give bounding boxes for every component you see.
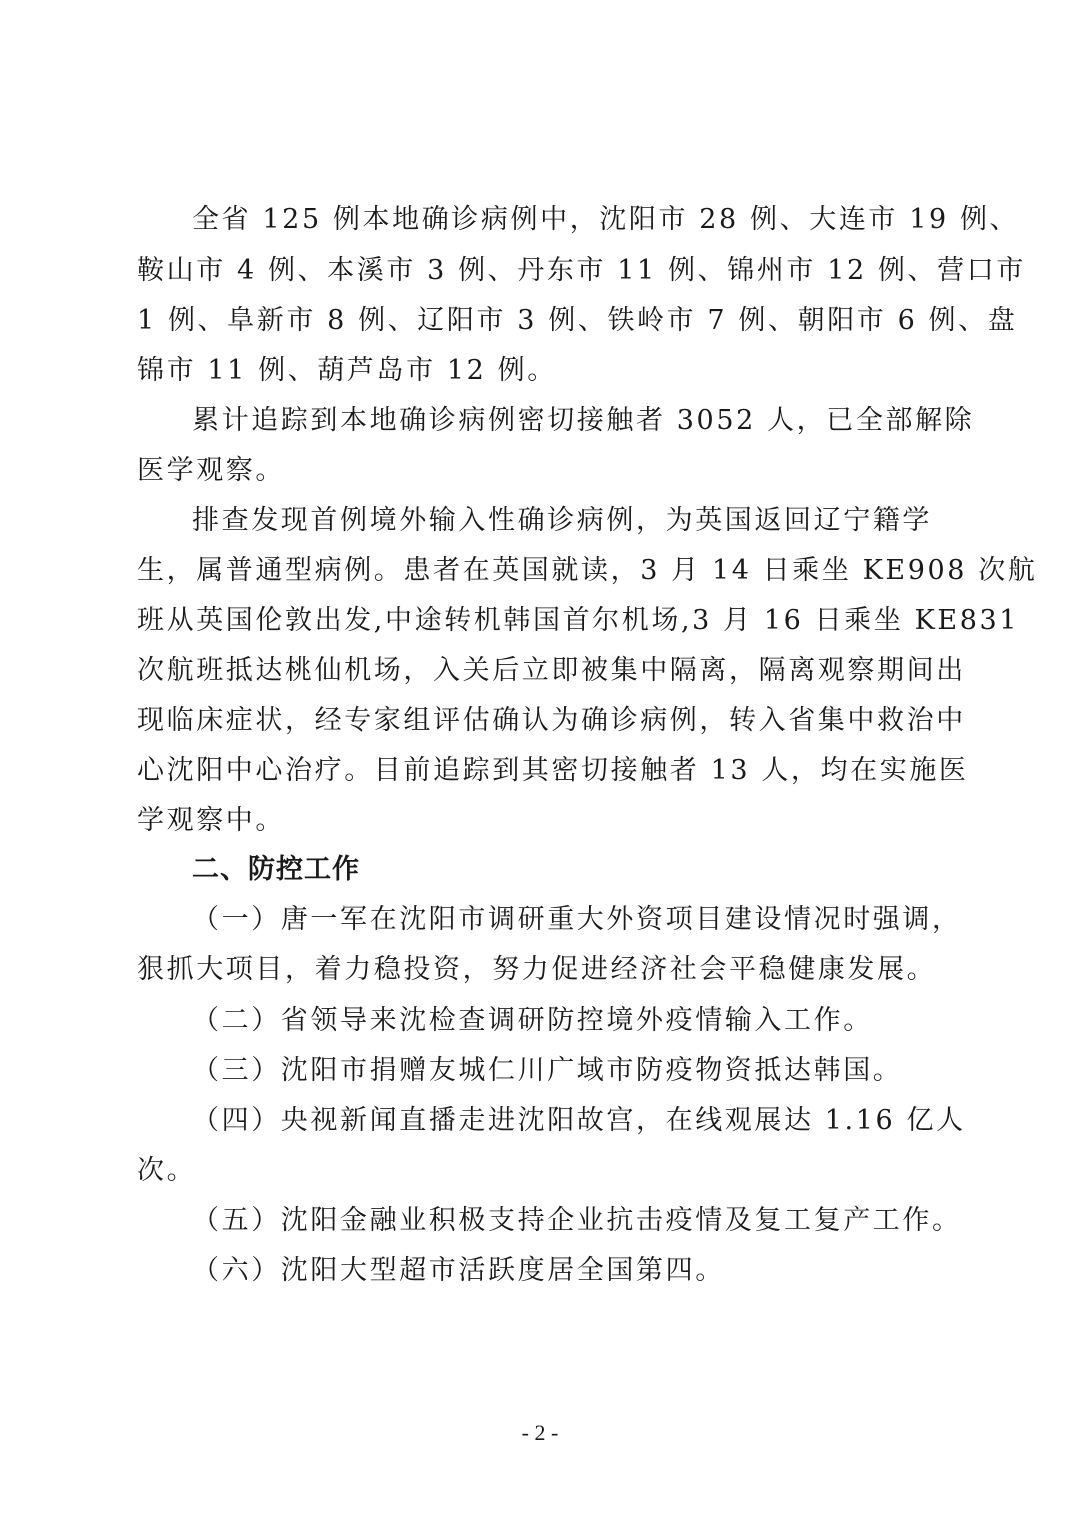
text-line: （四）央视新闻直播走进沈阳故宫，在线观展达 1.16 亿人 (192, 1107, 966, 1134)
text-line: （二）省领导来沈检查调研防控境外疫情输入工作。 (192, 1007, 873, 1034)
text-line: （三）沈阳市捐赠友城仁川广域市防疫物资抵达韩国。 (192, 1057, 902, 1084)
document-page: 全省 125 例本地确诊病例中，沈阳市 28 例、大连市 19 例、 鞍山市 4… (0, 0, 1080, 1527)
text-line: （五）沈阳金融业积极支持企业抗击疫情及复工复产工作。 (192, 1207, 962, 1234)
text-line: 累计追踪到本地确诊病例密切接触者 3052 人，已全部解除 (192, 407, 974, 434)
text-line: 医学观察。 (137, 457, 285, 484)
text-line: 次航班抵达桃仙机场，入关后立即被集中隔离，隔离观察期间出 (137, 657, 966, 684)
text-line: 鞍山市 4 例、本溪市 3 例、丹东市 11 例、锦州市 12 例、营口市 (137, 257, 1026, 284)
section-heading: 二、防控工作 (192, 856, 360, 883)
page-number: - 2 - (0, 1420, 1080, 1446)
text-line: 心沈阳中心治疗。目前追踪到其密切接触者 13 人，均在实施医 (137, 757, 969, 784)
text-line: 狠抓大项目，着力稳投资，努力促进经济社会平稳健康发展。 (137, 956, 936, 983)
text-line: 现临床症状，经专家组评估确认为确诊病例，转入省集中救治中 (137, 707, 966, 734)
text-line: 班从英国伦敦出发,中途转机韩国首尔机场,3 月 16 日乘坐 KE831 (137, 607, 1019, 634)
text-line: 全省 125 例本地确诊病例中，沈阳市 28 例、大连市 19 例、 (192, 206, 1019, 233)
text-line: 学观察中。 (137, 807, 285, 834)
text-line: 排查发现首例境外输入性确诊病例，为英国返回辽宁籍学 (192, 507, 932, 534)
text-line: （一）唐一军在沈阳市调研重大外资项目建设情况时强调， (192, 906, 962, 933)
text-line: （六）沈阳大型超市活跃度居全国第四。 (192, 1257, 725, 1284)
text-line: 次。 (137, 1157, 196, 1184)
text-line: 锦市 11 例、葫芦岛市 12 例。 (137, 357, 557, 384)
text-line: 生，属普通型病例。患者在英国就读，3 月 14 日乘坐 KE908 次航 (137, 557, 1037, 584)
text-line: 1 例、阜新市 8 例、辽阳市 3 例、铁岭市 7 例、朝阳市 6 例、盘 (137, 307, 1017, 334)
